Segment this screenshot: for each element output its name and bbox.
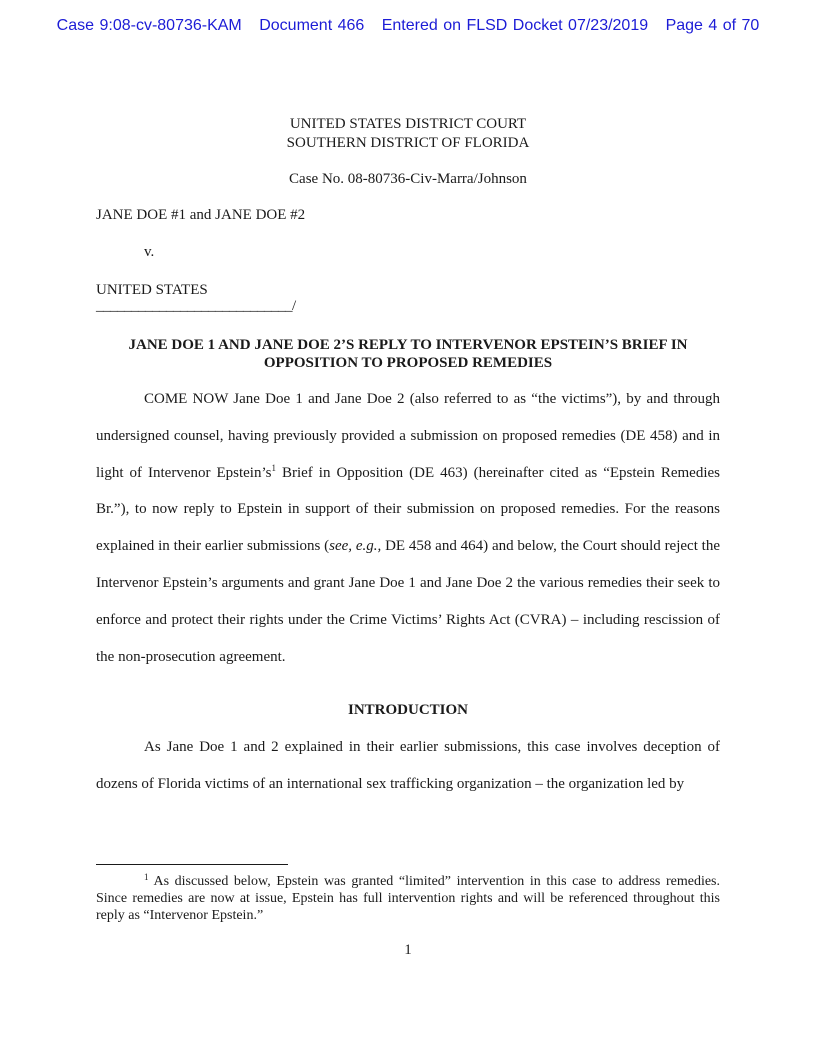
para1-text-c: DE 458 and 464) and below, the Court sho… [96, 538, 720, 664]
docket-stamp: Case 9:08-cv-80736-KAM Document 466 Ente… [0, 17, 816, 35]
footnote-1: 1As discussed below, Epstein was granted… [96, 873, 720, 924]
title-line-1: JANE DOE 1 AND JANE DOE 2’S REPLY TO INT… [96, 336, 720, 354]
para2-text: As Jane Doe 1 and 2 explained in their e… [96, 729, 720, 803]
stamp-entered-date: Entered on FLSD Docket 07/23/2019 [382, 17, 648, 34]
para1-italic-citation: see, e.g., [329, 538, 381, 554]
defendant: UNITED STATES [96, 282, 208, 299]
title-line-2: OPPOSITION TO PROPOSED REMEDIES [96, 354, 720, 372]
court-line-1: UNITED STATES DISTRICT COURT [96, 115, 720, 134]
court-line-2: SOUTHERN DISTRICT OF FLORIDA [96, 134, 720, 153]
body-paragraph-2: As Jane Doe 1 and 2 explained in their e… [96, 729, 720, 803]
page-number: 1 [96, 942, 720, 959]
stamp-case-number: Case 9:08-cv-80736-KAM [57, 17, 242, 34]
versus: v. [144, 244, 154, 261]
stamp-document-number: Document 466 [259, 17, 364, 34]
section-heading-introduction: INTRODUCTION [96, 702, 720, 719]
court-name: UNITED STATES DISTRICT COURT SOUTHERN DI… [96, 115, 720, 153]
footnote-text: As discussed below, Epstein was granted … [96, 874, 720, 923]
caption-signature-line: ____________________________/ [96, 298, 296, 315]
footnote-divider [96, 864, 288, 865]
stamp-page-count: Page 4 of 70 [666, 17, 760, 34]
case-number: Case No. 08-80736-Civ-Marra/Johnson [96, 171, 720, 188]
footnote-number: 1 [144, 872, 149, 882]
body-paragraph-1: COME NOW Jane Doe 1 and Jane Doe 2 (also… [96, 381, 720, 675]
document-title: JANE DOE 1 AND JANE DOE 2’S REPLY TO INT… [96, 336, 720, 372]
plaintiffs: JANE DOE #1 and JANE DOE #2 [96, 207, 305, 224]
